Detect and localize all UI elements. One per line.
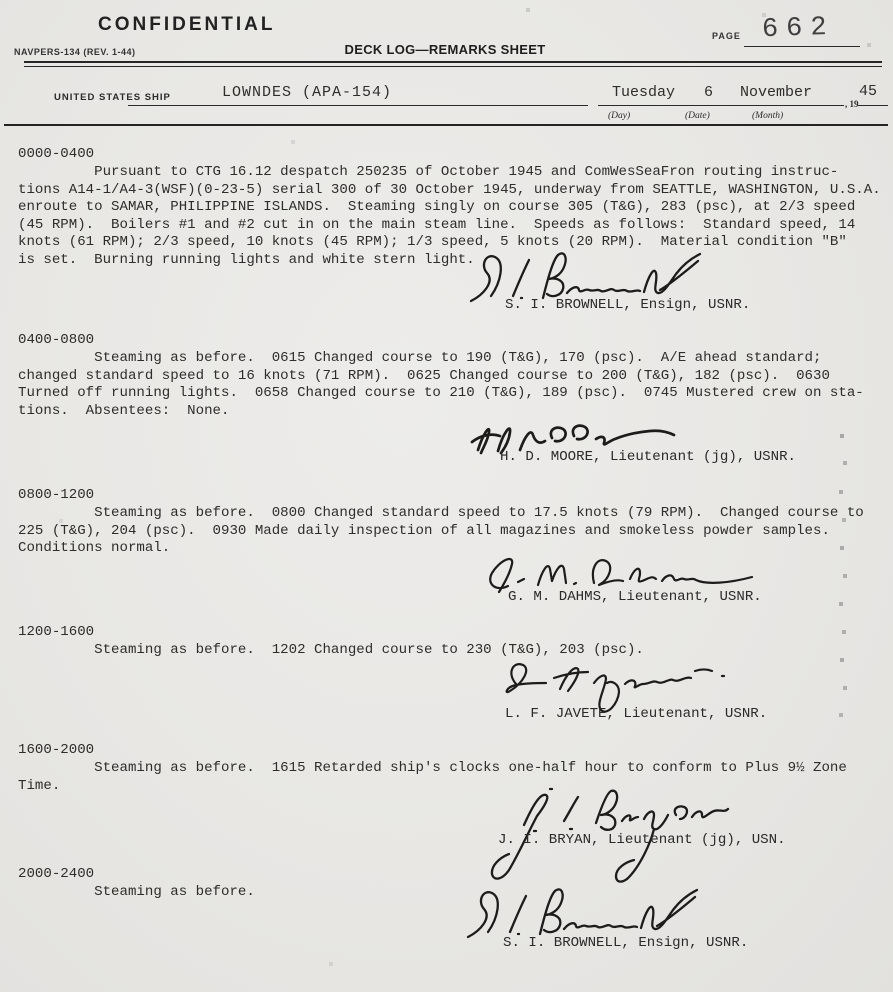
log-entry-0000-0400: Pursuant to CTG 16.12 despatch 250235 of… <box>18 164 881 270</box>
document-title: DECK LOG—REMARKS SHEET <box>300 42 590 57</box>
watch-heading-0800-1200: 0800-1200 <box>18 487 94 503</box>
month-field-label: (Month) <box>752 111 783 121</box>
header-double-rule <box>24 61 882 67</box>
deck-log-remarks-sheet: CONFIDENTIAL PAGE 662 NAVPERS-134 (REV. … <box>0 0 893 992</box>
classification-stamp: CONFIDENTIAL <box>98 14 275 36</box>
signature-typed-dahms: G. M. DAHMS, Lieutenant, USNR. <box>508 589 762 605</box>
date-underline <box>598 105 844 106</box>
page-label: PAGE <box>712 31 741 41</box>
watch-heading-2000-2400: 2000-2400 <box>18 866 94 882</box>
watch-heading-1200-1600: 1200-1600 <box>18 624 94 640</box>
log-entry-1200-1600: Steaming as before. 1202 Changed course … <box>18 642 644 660</box>
watch-heading-1600-2000: 1600-2000 <box>18 742 94 758</box>
date-number: 6 <box>704 84 713 101</box>
ship-label: UNITED STATES SHIP <box>54 92 171 103</box>
watch-heading-0400-0800: 0400-0800 <box>18 332 94 348</box>
date-year: 45 <box>859 83 877 100</box>
ship-name-underline <box>128 105 588 106</box>
log-entry-1600-2000: Steaming as before. 1615 Retarded ship's… <box>18 760 847 795</box>
log-entry-2000-2400: Steaming as before. <box>18 884 255 902</box>
header-bottom-rule <box>4 124 888 126</box>
signature-typed-brownell-2: S. I. BROWNELL, Ensign, USNR. <box>503 935 748 951</box>
ship-name: LOWNDES (APA-154) <box>222 84 392 101</box>
page-number-underline <box>744 46 860 47</box>
date-month: November <box>740 84 812 101</box>
day-field-label: (Day) <box>608 111 630 121</box>
log-entry-0800-1200: Steaming as before. 0800 Changed standar… <box>18 505 864 558</box>
signature-typed-moore: H. D. MOORE, Lieutenant (jg), USNR. <box>500 449 796 465</box>
page-number: 662 <box>761 13 835 46</box>
signature-typed-brownell-1: S. I. BROWNELL, Ensign, USNR. <box>505 297 750 313</box>
form-number: NAVPERS-134 (REV. 1-44) <box>14 47 136 57</box>
signature-typed-javete: L. F. JAVETE, Lieutenant, USNR. <box>505 706 767 722</box>
year-underline <box>858 105 888 106</box>
year-prefix: , 19 <box>845 99 859 109</box>
watch-heading-0000-0400: 0000-0400 <box>18 146 94 162</box>
date-day: Tuesday <box>612 84 675 101</box>
log-entry-0400-0800: Steaming as before. 0615 Changed course … <box>18 350 864 420</box>
signature-script-brownell-2 <box>452 884 717 939</box>
signature-typed-bryan: J. I. BRYAN, Lieutenant (jg), USN. <box>498 832 786 848</box>
date-field-label: (Date) <box>685 111 710 121</box>
right-margin-dots <box>0 0 2 2</box>
